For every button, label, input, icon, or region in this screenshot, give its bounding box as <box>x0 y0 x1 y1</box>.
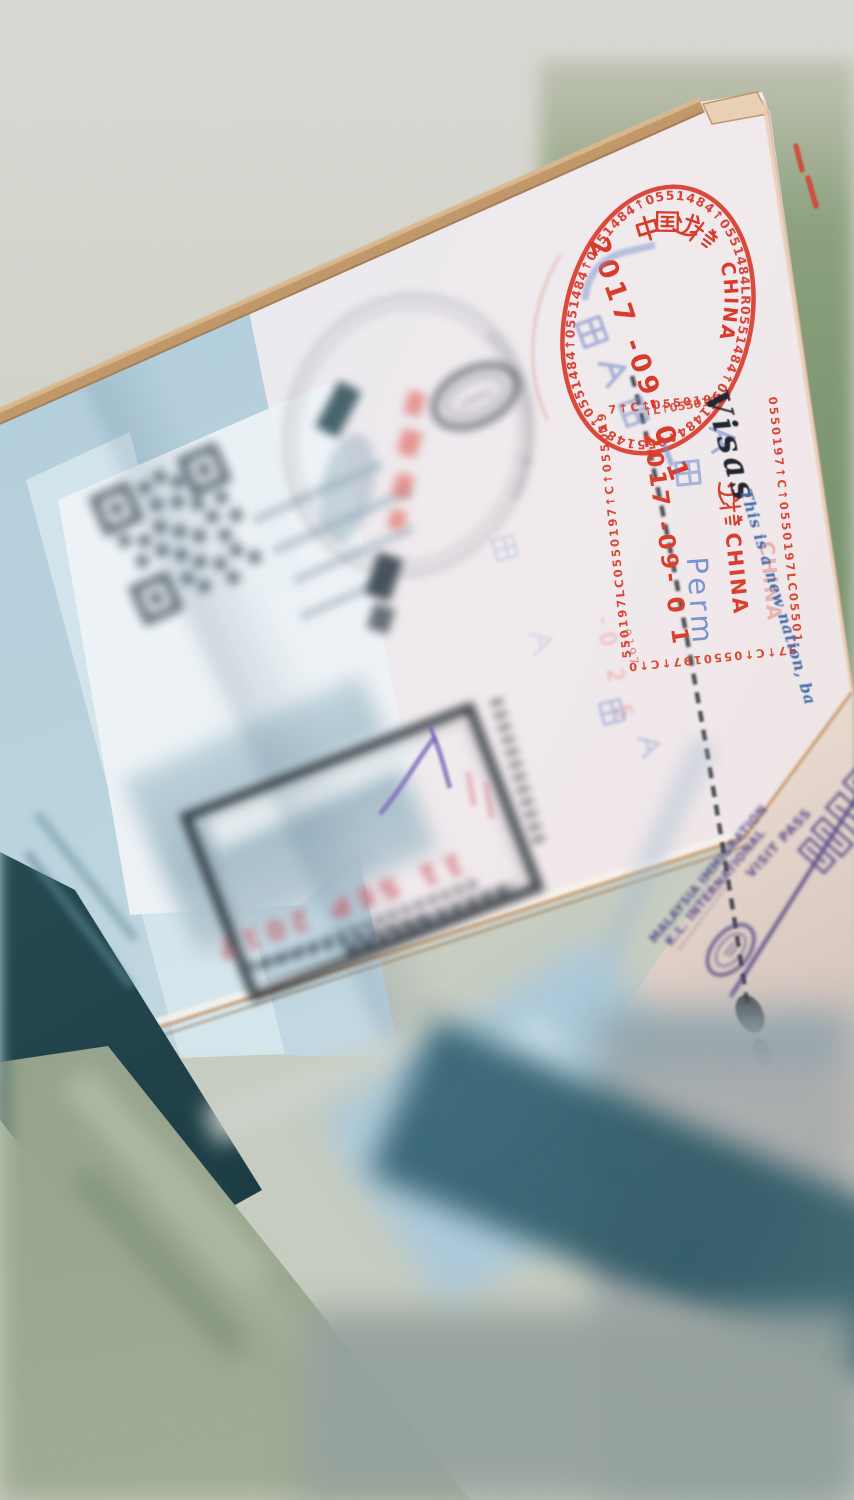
rect-country-name: CHINA <box>721 531 754 616</box>
rect-blue-overlay-word: Perm <box>680 556 720 648</box>
malaysia-emblem <box>698 916 763 984</box>
black-circle-stamp <box>247 273 556 656</box>
ink-blot <box>315 380 361 438</box>
inner-oval-emblem <box>424 353 527 440</box>
passport-photo: 11 SEP 2017 -0 2 5 <box>0 0 854 1500</box>
black-rect-stamp: 11 SEP 2017 <box>163 708 539 1005</box>
reflection-gray-bottom <box>300 1310 854 1500</box>
red-corner-marks <box>796 146 816 206</box>
faint-red-strokes <box>468 772 492 818</box>
qr-code <box>94 447 267 621</box>
